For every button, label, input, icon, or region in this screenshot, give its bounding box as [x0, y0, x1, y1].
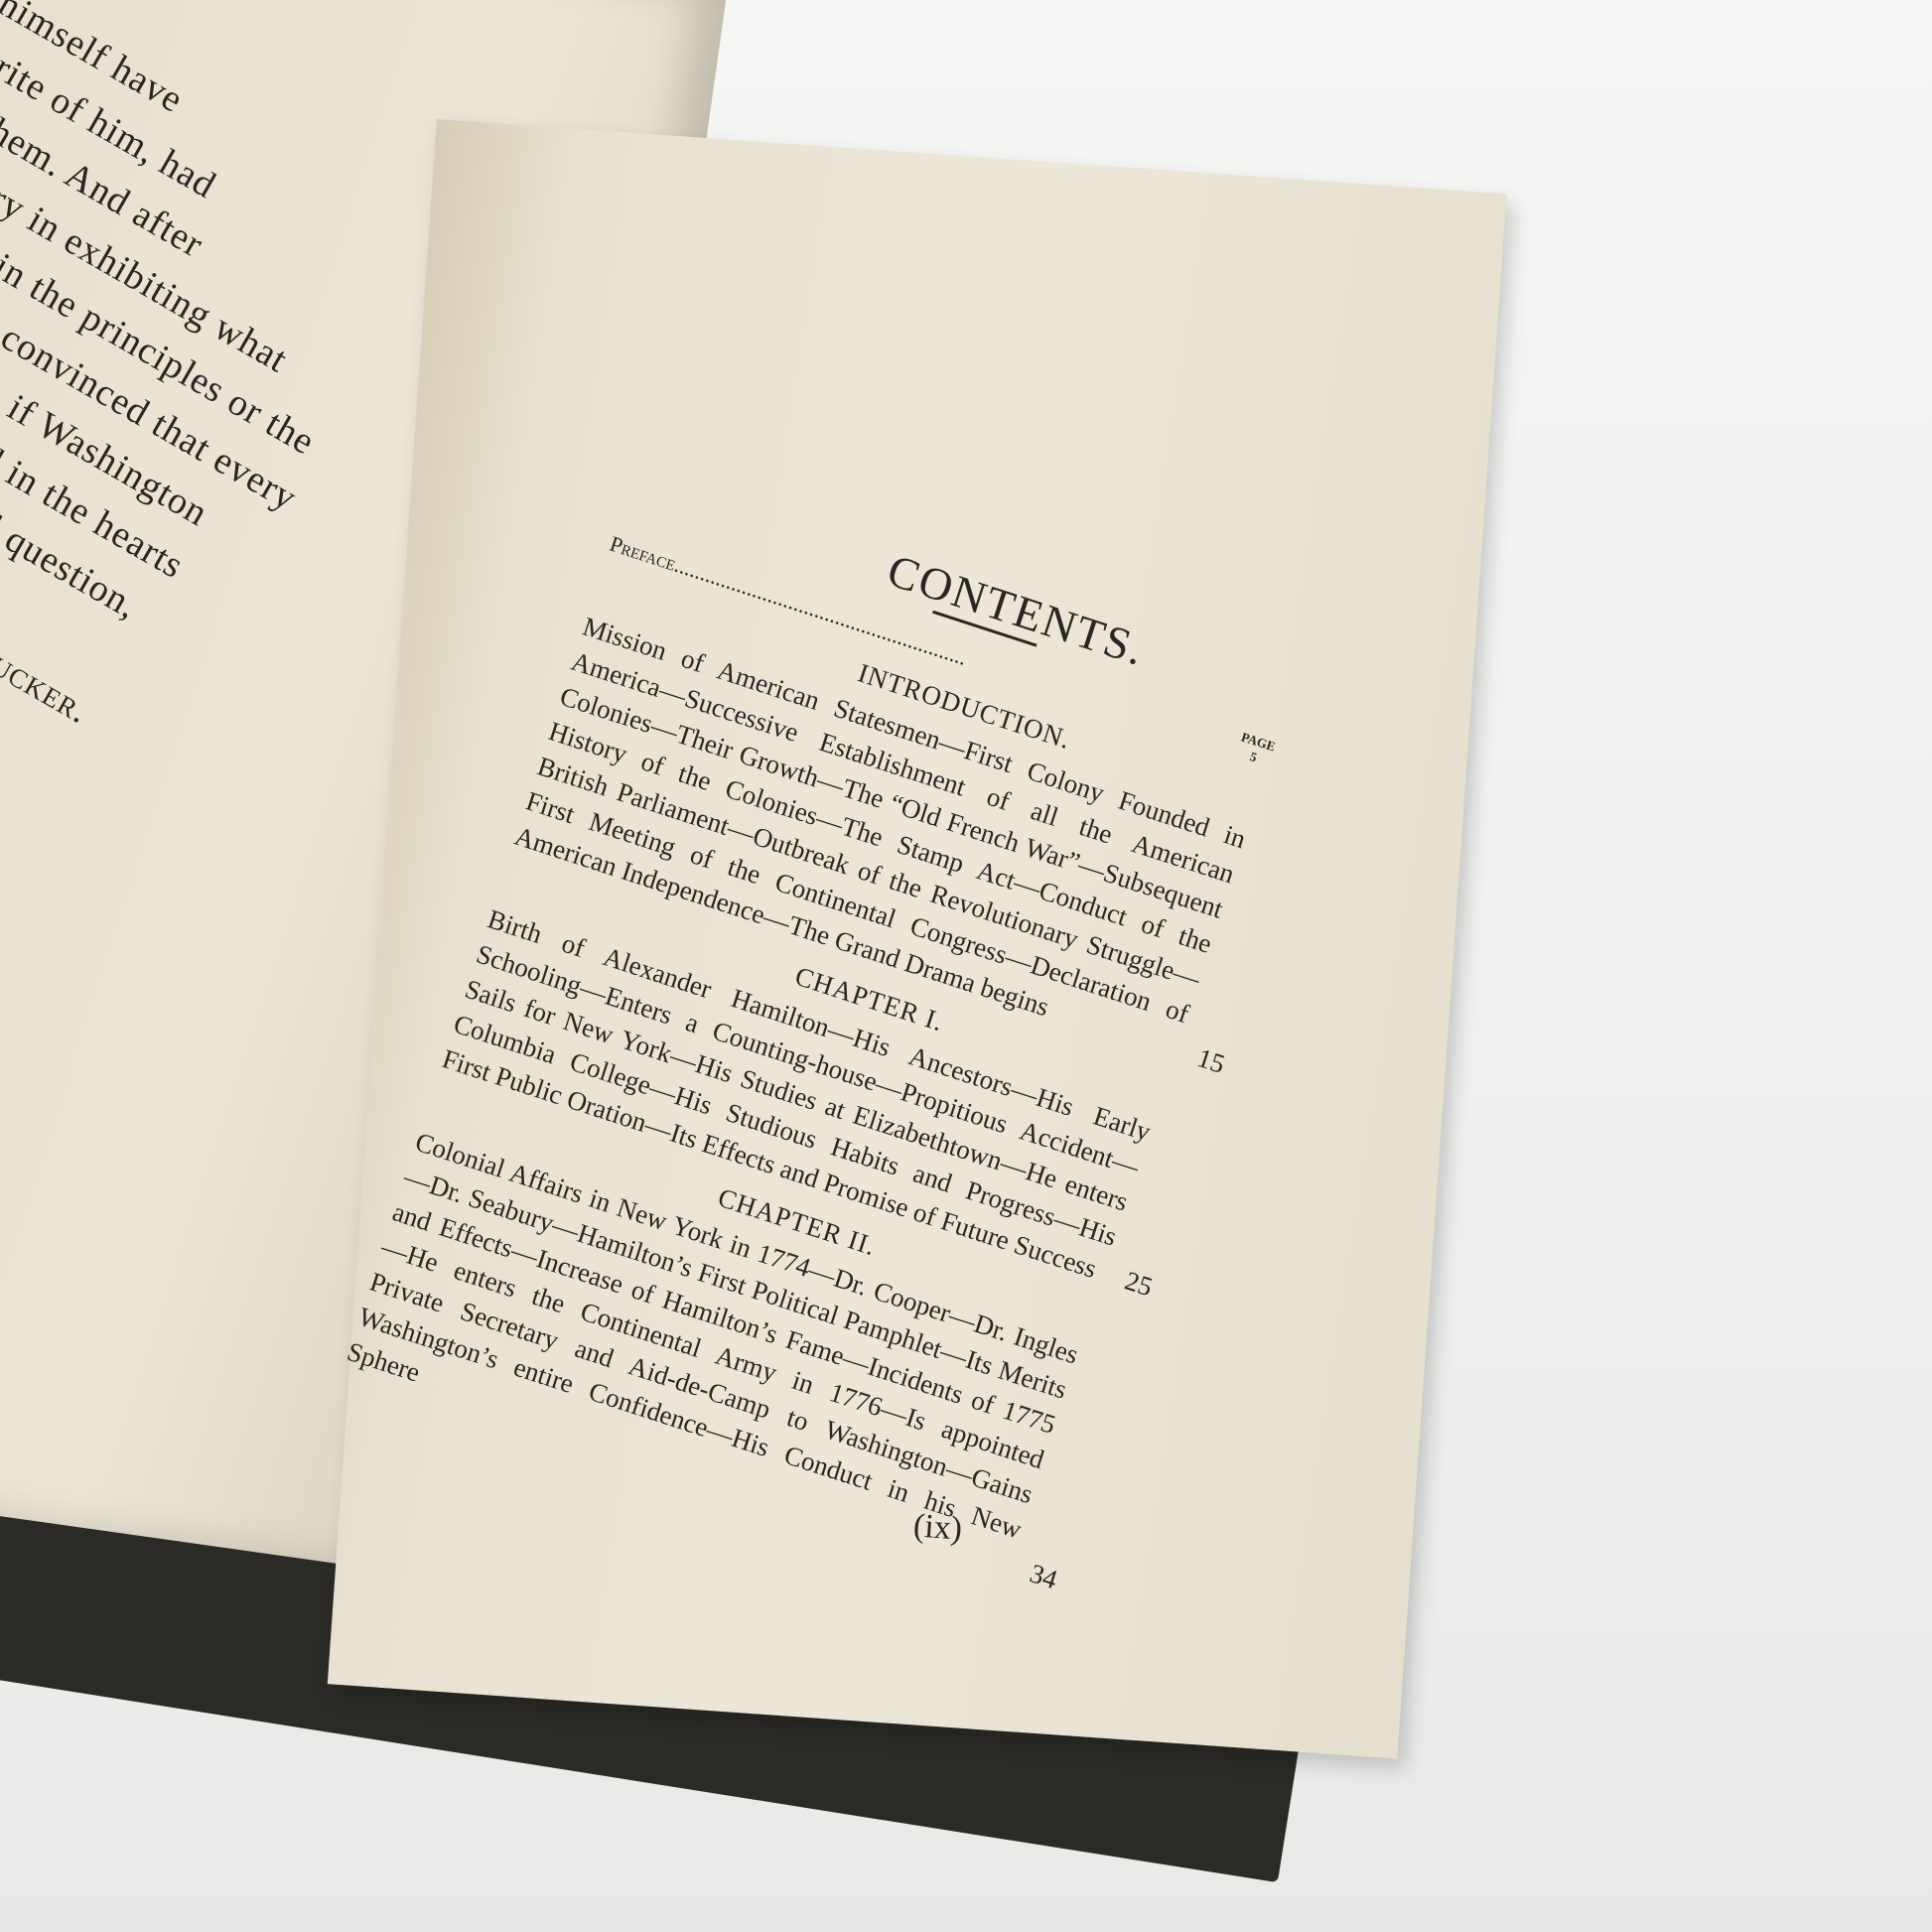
- preface-label: Preface: [607, 531, 679, 576]
- page-folio: (ix): [912, 1507, 964, 1548]
- page-number: 5: [1248, 749, 1259, 764]
